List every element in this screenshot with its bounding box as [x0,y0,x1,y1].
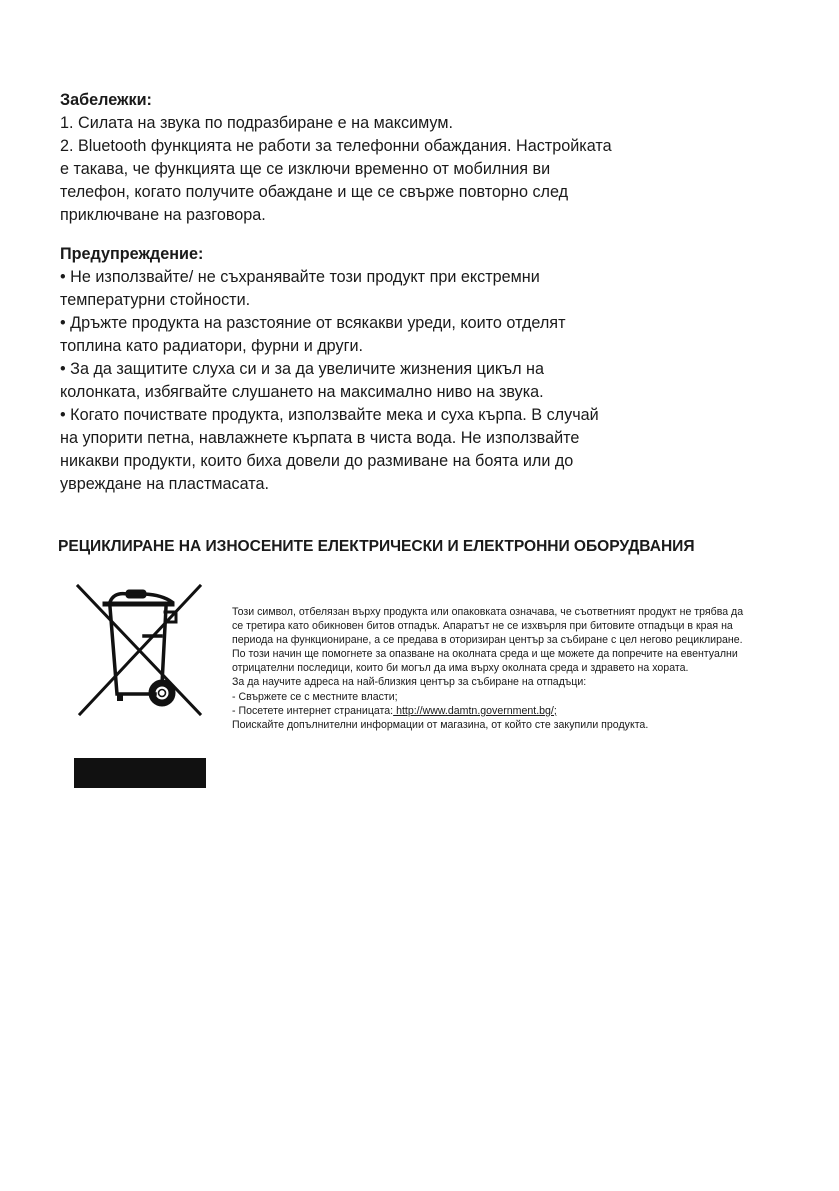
notes-section: Забележки: 1. Силата на звука по подразб… [60,89,680,227]
warning-item: • Не използвайте/ не съхранявайте този п… [60,266,680,312]
address-intro: За да научите адреса на най-близкия цент… [232,675,752,689]
warnings-section: Предупреждение: • Не използвайте/ не съх… [60,243,680,496]
shop-info: Поискайте допълнителни информации от маг… [232,718,752,732]
recycling-heading: РЕЦИКЛИРАНЕ НА ИЗНОСЕНИТЕ ЕЛЕКТРИЧЕСКИ И… [58,536,778,558]
recycling-paragraph: Този символ, отбелязан върху продукта ил… [232,605,752,675]
note-item: 1. Силата на звука по подразбиране е на … [60,112,680,135]
warnings-heading: Предупреждение: [60,243,680,266]
notes-heading: Забележки: [60,89,680,112]
note-item: 2. Bluetooth функцията не работи за теле… [60,135,680,227]
recycling-info: Този символ, отбелязан върху продукта ил… [232,605,752,732]
visit-website-line: - Посетете интернет страницата: http://w… [232,704,752,718]
warning-item: • Когато почиствате продукта, използвайт… [60,404,680,496]
warning-item: • Дръжте продукта на разстояние от всяка… [60,312,680,358]
crossed-out-wheelie-bin-icon [72,578,212,793]
document-page: Забележки: 1. Силата на звука по подразб… [0,0,839,1191]
visit-website-label: - Посетете интернет страницата: [232,705,393,717]
contact-local-authorities: - Свържете се с местните власти; [232,690,752,704]
warning-item: • За да защитите слуха си и за да увелич… [60,358,680,404]
damtn-website-link[interactable]: http://www.damtn.government.bg/; [393,705,557,717]
